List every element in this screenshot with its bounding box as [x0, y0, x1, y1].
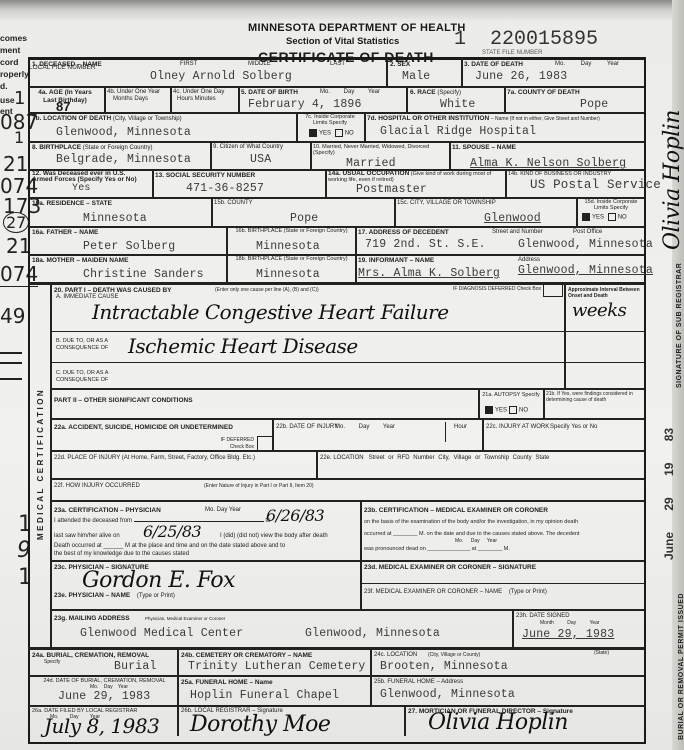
- label-date-of-death: 3. DATE OF DEATH: [464, 61, 523, 68]
- autopsy-checkboxes: YESNO: [483, 406, 528, 415]
- inside-limits-checkboxes: YES NO: [307, 129, 354, 138]
- subregistrar-signature-label: SIGNATURE OF SUB REGISTRAR: [676, 263, 683, 388]
- label-cemetery: 24b. CEMETERY OR CREMATORY – NAME: [181, 652, 312, 659]
- label-months-days: Months Days: [113, 96, 148, 103]
- cemetery-value: Trinity Lutheran Cemetery: [188, 660, 366, 673]
- physician-signature: Gordon E. Fox: [82, 568, 235, 593]
- label-part1-instr: (Enter only one cause per line (A), (B) …: [215, 287, 319, 294]
- informant-value: Mrs. Alma K. Solberg: [358, 267, 500, 280]
- label-diagnosis-deferred: IF DIAGNOSIS DEFERRED Check Box: [452, 286, 542, 292]
- label-examiner-signature: 23d. MEDICAL EXAMINER OR CORONER – SIGNA…: [364, 564, 536, 571]
- label-hours-minutes: Hours Minutes: [177, 96, 216, 103]
- sex-value: Male: [402, 70, 430, 83]
- margin-number: 1: [14, 128, 24, 147]
- label-under-one-day: 4c. Under One Day: [173, 89, 224, 96]
- disposition-value: Burial: [114, 660, 157, 673]
- label-cert-examiner: 23b. CERTIFICATION – MEDICAL EXAMINER OR…: [364, 507, 548, 514]
- label-part1: 20. PART I – DEATH WAS CAUSED BY: [54, 287, 172, 294]
- occupation-value: Postmaster: [356, 183, 427, 196]
- funeral-home-value: Hoplin Funeral Chapel: [190, 689, 339, 702]
- label-injury-deferred: IF DEFERRED Check Box: [208, 437, 254, 451]
- label-injury-at-work: 22c. INJURY AT WORK: [486, 424, 549, 431]
- cemetery-location-value: Brooten, Minnesota: [380, 660, 508, 673]
- mailing-city-value: Glenwood, Minnesota: [305, 627, 440, 640]
- label-injury-location: 22e. LOCATION Street or RFD Number City,…: [320, 455, 549, 462]
- label-ssn: 13. SOCIAL SECURITY NUMBER: [155, 172, 255, 179]
- state-file-number: 1 220015895: [454, 28, 598, 51]
- mortician-signature: Olivia Hoplin: [428, 710, 568, 735]
- label-mailing-address: 23g. MAILING ADDRESS: [54, 615, 130, 622]
- label-injury-hour: Hour: [454, 424, 467, 431]
- department-title: MINNESOTA DEPARTMENT OF HEALTH: [248, 22, 466, 34]
- label-date-of-injury: 22b. DATE OF INJURY: [276, 424, 338, 431]
- label-citizen: 9. Citizen of What Country: [213, 144, 283, 151]
- subregistrar-signature: Olivia Hoplin: [660, 110, 684, 250]
- section-title: Section of Vital Statistics: [286, 36, 399, 47]
- cert-last-saw-label: last saw him/her alive on: [54, 533, 120, 540]
- label-cause-c: C. DUE TO, OR AS A CONSEQUENCE OF: [56, 370, 126, 384]
- father-value: Peter Solberg: [83, 240, 175, 253]
- label-date-of-death-sub: Mo. Day Year: [555, 61, 619, 68]
- injury-deferred-checkbox[interactable]: [257, 436, 272, 450]
- label-county-of-death: 7a. COUNTY OF DEATH: [507, 89, 580, 96]
- residence-county-value: Pope: [290, 212, 318, 225]
- business-value: US Postal Service: [530, 178, 661, 192]
- label-first: FIRST: [180, 61, 197, 68]
- label-business: 14b. KIND OF BUSINESS OR INDUSTRY: [508, 171, 611, 178]
- label-dob-sub: Mo. Day Year: [320, 89, 380, 96]
- last-seen-date: 6/25/83: [143, 522, 201, 541]
- label-marital: 10. Married, Never Married, Widowed, Div…: [313, 144, 448, 156]
- mother-birthplace-value: Minnesota: [256, 268, 320, 281]
- examiner-date-sub: Mo. Day Year: [455, 538, 497, 545]
- label-mother: 18a. MOTHER – MAIDEN NAME: [32, 257, 128, 264]
- label-interval: Approximate Interval Between Onset and D…: [568, 287, 640, 299]
- race-value: White: [440, 98, 476, 111]
- label-autopsy: 21a. AUTOPSY Specify: [481, 392, 541, 399]
- residence-limits-checkboxes: YES NO: [580, 213, 627, 222]
- permit-issued-label: BURIAL OR REMOVAL PERMIT ISSUED: [678, 593, 684, 740]
- label-place-of-injury: 22d. PLACE OF INJURY (At Home, Farm, Str…: [54, 455, 255, 462]
- date-signed-value: June 29, 1983: [522, 628, 614, 641]
- immediate-cause-value: Intractable Congestive Heart Failure: [92, 300, 449, 324]
- inside-limits-no-checkbox[interactable]: [335, 129, 343, 137]
- label-accident: 22a. ACCIDENT, SUICIDE, HOMICIDE OR UNDE…: [54, 424, 233, 431]
- left-margin-text: comes ment cord roperly d.: [0, 32, 29, 92]
- inside-limits-yes-checkbox[interactable]: [309, 129, 317, 137]
- location-of-death-value: Glenwood, Minnesota: [56, 126, 191, 139]
- deceased-name-value: Olney Arnold Solberg: [150, 70, 292, 83]
- label-disposition-sub: Specify: [44, 659, 60, 666]
- label-part2: PART II – OTHER SIGNIFICANT CONDITIONS: [54, 397, 193, 404]
- examiner-line2: occurred at ________ M. on the date and …: [364, 531, 579, 538]
- county-of-death-value: Pope: [580, 98, 608, 111]
- cert-knowledge-label: the best of my knowledge due to the caus…: [54, 551, 189, 558]
- label-injury-at-work-sub: Specify Yes or No: [550, 424, 597, 431]
- local-registrar-signature: Dorothy Moe: [190, 712, 330, 737]
- margin-number: 1: [14, 88, 25, 109]
- label-how-injury-sub: (Enter Nature of Injury in Part I or Par…: [204, 483, 314, 490]
- permit-issued-date: June 29 19 83: [662, 428, 676, 560]
- label-last: LAST: [330, 61, 345, 68]
- label-funeral-address: 25b. FUNERAL HOME – Address: [374, 679, 463, 686]
- date-filed-value: July 8, 1983: [44, 714, 159, 738]
- interval-value: weeks: [572, 300, 626, 321]
- cert-view-body-label: I (did) (did not) view the body after de…: [220, 533, 328, 540]
- birthplace-value: Belgrade, Minnesota: [56, 153, 191, 166]
- margin-number: 21: [3, 152, 28, 176]
- label-residence-inside-limits: 15d. Inside Corporate Limits Specify: [580, 199, 642, 211]
- examiner-line1: on the basis of the examination of the b…: [364, 519, 578, 526]
- label-sex: 2. SEX: [390, 61, 410, 68]
- label-mother-birthplace: 18b. BIRTHPLACE (State or Foreign Countr…: [229, 256, 354, 262]
- label-physician-name: 23e. PHYSICIAN – NAME (Type or Print): [54, 592, 175, 600]
- state-file-label: STATE FILE NUMBER: [482, 50, 542, 57]
- label-middle: MIDDLE: [248, 61, 271, 68]
- label-occupation: 14a. USUAL OCCUPATION: [328, 170, 409, 177]
- mother-value: Christine Sanders: [83, 268, 204, 281]
- certificate-page: comes ment cord roperly d. use ent 1 087…: [0, 0, 684, 750]
- autopsy-no-checkbox[interactable]: [509, 406, 517, 414]
- label-injury-date-sub: Mo. Day Year: [335, 424, 395, 431]
- label-street: Street and Number: [492, 229, 543, 236]
- margin-text-line: use: [0, 95, 15, 106]
- address-street-value: 719 2nd. St. S.E.: [365, 238, 486, 251]
- label-deceased-name: 1. DECEASED – NAME: [32, 61, 102, 69]
- label-date-signed: 23h. DATE SIGNED: [516, 613, 570, 620]
- funeral-address-value: Glenwood, Minnesota: [380, 688, 515, 701]
- date-of-death-value: June 26, 1983: [475, 70, 567, 83]
- residence-city-value: Glenwood: [484, 212, 541, 225]
- label-funeral-home: 25a. FUNERAL HOME – Name: [181, 679, 273, 686]
- armed-forces-value: Yes: [72, 183, 91, 194]
- label-cemetery-location: 24c. LOCATION: [374, 652, 417, 659]
- date-of-birth-value: February 4, 1896: [248, 98, 362, 111]
- label-race: 6. RACE: [410, 89, 436, 96]
- margin-text-line: comes: [0, 32, 29, 44]
- label-father: 16a. FATHER – NAME: [32, 229, 98, 236]
- label-cause-b: B. DUE TO, OR AS A CONSEQUENCE OF: [56, 338, 126, 352]
- label-address: 17. ADDRESS OF DECEDENT: [358, 229, 449, 236]
- label-residence-county: 15b. COUNTY: [214, 200, 253, 207]
- label-informant: 19. INFORMANT – NAME: [358, 257, 434, 264]
- informant-address-value: Glenwood, Minnesota: [518, 264, 653, 277]
- examiner-line3: was pronounced dead on ______________ at…: [364, 546, 510, 553]
- label-cemetery-location-sub: (City, Village or County): [428, 652, 480, 659]
- label-examiner-name: 23f. MEDICAL EXAMINER OR CORONER – NAME …: [364, 589, 547, 596]
- label-mailing-sub: Physician, Medical Examiner or Coroner: [145, 615, 225, 622]
- label-informant-address: Address: [518, 257, 540, 264]
- residence-limits-no-checkbox[interactable]: [608, 213, 616, 221]
- ssn-value: 471-36-8257: [186, 182, 264, 195]
- residence-state-value: Minnesota: [83, 212, 147, 225]
- hospital-value: Glacial Ridge Hospital: [380, 125, 536, 138]
- label-post-office: Post Office: [573, 229, 602, 236]
- label-race-sub: (Specify): [437, 90, 461, 96]
- citizen-value: USA: [250, 153, 271, 166]
- margin-text-line: cord: [0, 56, 29, 68]
- label-date-signed-sub: Month Day Year: [540, 620, 600, 627]
- label-autopsy-findings: 21b. If Yes, were findings considered in…: [546, 391, 641, 403]
- label-cert-physician-sub: Mo. Day Year: [205, 507, 241, 514]
- label-date-of-birth: 5. DATE OF BIRTH: [241, 89, 298, 96]
- address-po-value: Glenwood, Minnesota: [518, 238, 653, 251]
- cert-death-occurred-label: Death occurred at ______ M at the place …: [54, 543, 285, 550]
- margin-text-line: ment: [0, 44, 29, 56]
- medical-certification-label: MEDICAL CERTIFICATION: [37, 388, 44, 540]
- cause-b-value: Ischemic Heart Disease: [128, 334, 358, 358]
- label-location-sub: (City, Village or Township): [113, 116, 182, 122]
- label-spouse: 11. SPOUSE – NAME: [452, 144, 516, 151]
- label-cert-physician: 23a. CERTIFICATION – PHYSICIAN: [54, 507, 161, 514]
- label-cemetery-state: (State): [594, 650, 609, 657]
- father-birthplace-value: Minnesota: [256, 240, 320, 253]
- label-birthplace: 8. BIRTHPLACE: [32, 144, 81, 151]
- label-disposition: 24a. BURIAL, CREMATION, REMOVAL: [32, 652, 149, 659]
- label-how-injury: 22f. HOW INJURY OCCURRED: [54, 483, 140, 490]
- label-location-of-death: 7b. LOCATION OF DEATH: [32, 115, 111, 122]
- margin-number: 49: [0, 304, 25, 328]
- label-hospital: 7d. HOSPITAL OR OTHER INSTITUTION: [367, 115, 489, 122]
- label-armed-forces: 12. Was Deceased ever in U.S. Armed Forc…: [32, 170, 137, 183]
- attended-to-date: 6/26/83: [266, 506, 324, 525]
- burial-date-value: June 29, 1983: [58, 690, 150, 703]
- label-father-birthplace: 16b. BIRTHPLACE (State or Foreign Countr…: [229, 228, 354, 234]
- diagnosis-deferred-checkbox[interactable]: [543, 284, 563, 297]
- label-inside-limits: 7c. Inside Corporate Limits Specify: [299, 114, 361, 126]
- residence-limits-yes-checkbox[interactable]: [582, 213, 590, 221]
- autopsy-yes-checkbox[interactable]: [485, 406, 493, 414]
- label-residence-city: 15c. CITY, VILLAGE OR TOWNSHIP: [397, 200, 496, 207]
- mailing-address-value: Glenwood Medical Center: [80, 627, 243, 640]
- margin-number-circled: 27: [3, 212, 29, 233]
- margin-text-line: roperly: [0, 68, 29, 80]
- label-residence-state: 15a. RESIDENCE – STATE: [32, 200, 112, 207]
- label-under-one-year: 4b. Under One Year: [107, 89, 160, 96]
- label-hospital-sub: – Name (If not in either, Give Street an…: [491, 116, 600, 122]
